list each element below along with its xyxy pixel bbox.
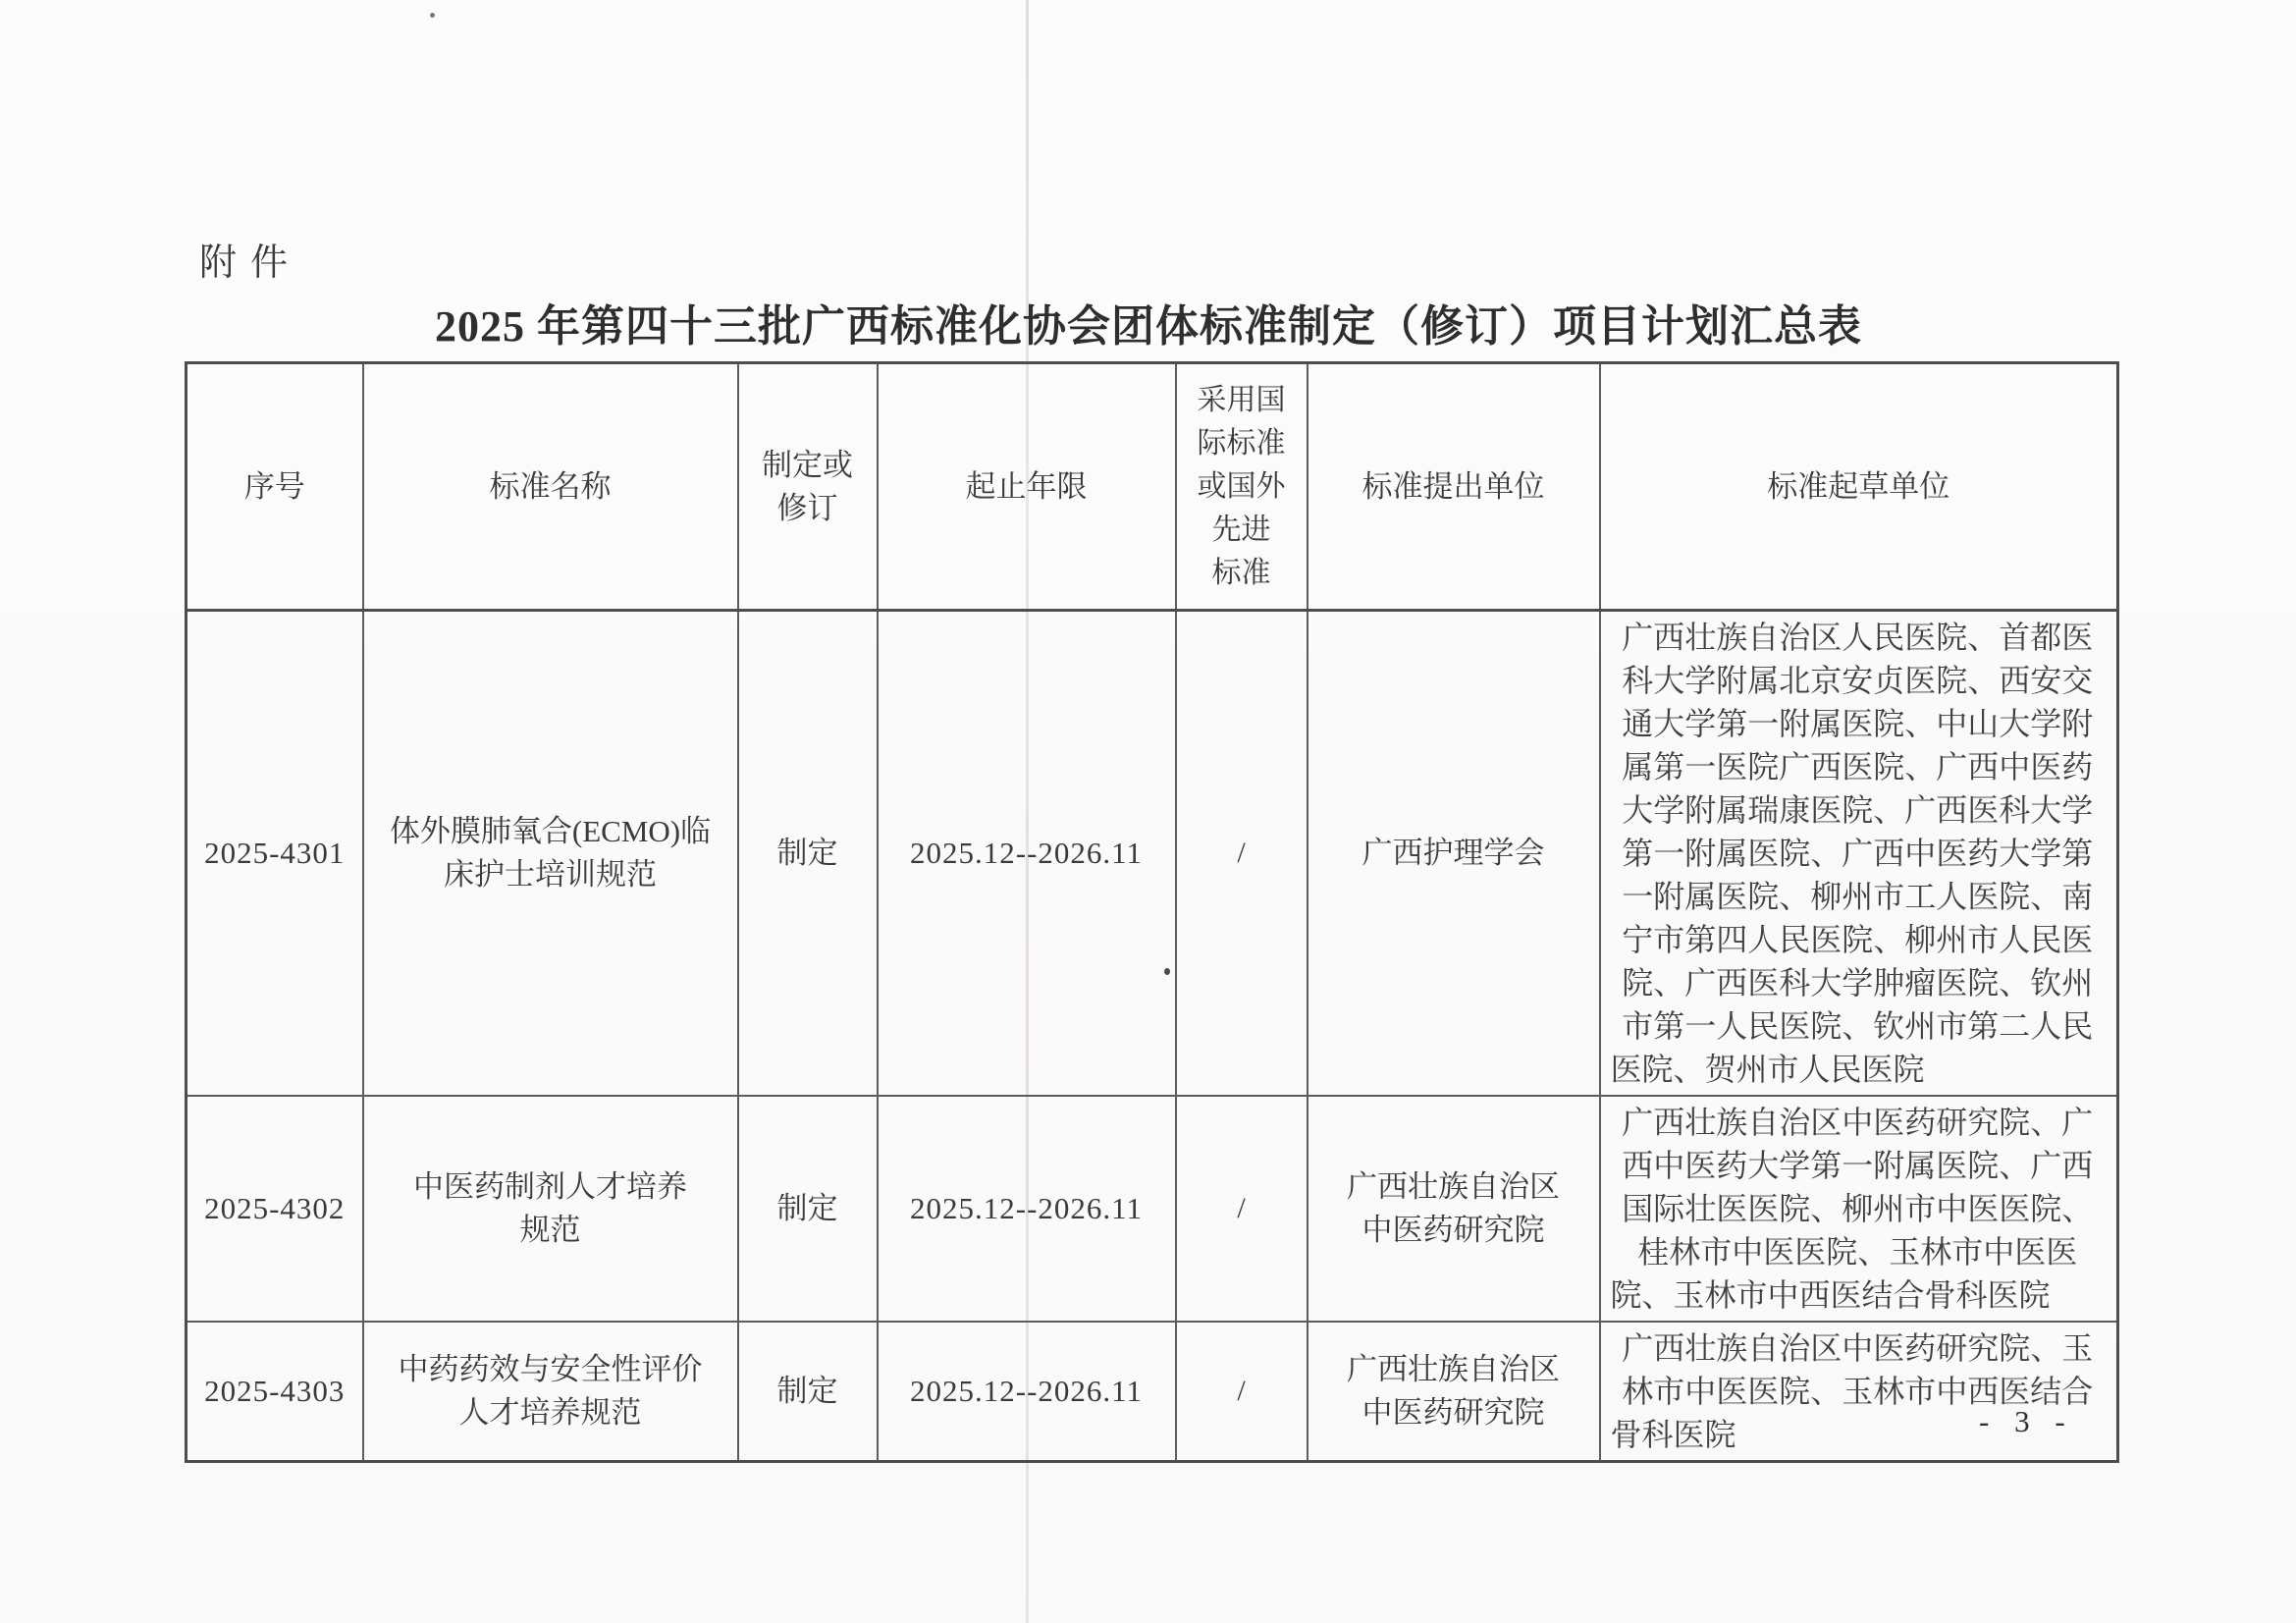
row-drafter: 广西壮族自治区中医药研究院、玉林市中医医院、玉林市中西医结合骨科医院 xyxy=(1600,1322,2118,1462)
row-type: 制定 xyxy=(738,1096,878,1322)
table-row: 2025-4302 中医药制剂人才培养 规范 制定 2025.12--2026.… xyxy=(187,1096,2118,1322)
header-adoption: 采用国 际标准 或国外 先进 标准 xyxy=(1176,363,1308,611)
header-period: 起止年限 xyxy=(878,363,1176,611)
row-adoption: / xyxy=(1176,611,1308,1097)
row-index: 2025-4301 xyxy=(187,611,363,1097)
standards-plan-table: 序号 标准名称 制定或 修订 起止年限 采用国 际标准 或国外 先进 标准 标准… xyxy=(185,361,2119,1463)
table-row: 2025-4303 中药药效与安全性评价 人才培养规范 制定 2025.12--… xyxy=(187,1322,2118,1462)
row-proposer: 广西壮族自治区 中医药研究院 xyxy=(1308,1096,1600,1322)
table-header-row: 序号 标准名称 制定或 修订 起止年限 采用国 际标准 或国外 先进 标准 标准… xyxy=(187,363,2118,611)
row-period: 2025.12--2026.11 xyxy=(878,1322,1176,1462)
header-type: 制定或 修订 xyxy=(738,363,878,611)
row-standard-name: 体外膜肺氧合(ECMO)临 床护士培训规范 xyxy=(363,611,738,1097)
row-adoption: / xyxy=(1176,1096,1308,1322)
row-period: 2025.12--2026.11 xyxy=(878,611,1176,1097)
row-standard-name: 中医药制剂人才培养 规范 xyxy=(363,1096,738,1322)
row-standard-name: 中药药效与安全性评价 人才培养规范 xyxy=(363,1322,738,1462)
scanned-document-page: 附件 2025 年第四十三批广西标准化协会团体标准制定（修订）项目计划汇总表 序… xyxy=(0,0,2296,1623)
header-standard-name: 标准名称 xyxy=(363,363,738,611)
page-number: - 3 - xyxy=(1979,1404,2074,1439)
row-type: 制定 xyxy=(738,611,878,1097)
row-index: 2025-4303 xyxy=(187,1322,363,1462)
row-adoption: / xyxy=(1176,1322,1308,1462)
row-proposer: 广西壮族自治区 中医药研究院 xyxy=(1308,1322,1600,1462)
row-drafter: 广西壮族自治区中医药研究院、广西中医药大学第一附属医院、广西国际壮医医院、柳州市… xyxy=(1600,1096,2118,1322)
attachment-label: 附件 xyxy=(199,232,301,286)
row-index: 2025-4302 xyxy=(187,1096,363,1322)
scan-speck xyxy=(430,13,435,18)
row-proposer: 广西护理学会 xyxy=(1308,611,1600,1097)
document-title: 2025 年第四十三批广西标准化协会团体标准制定（修订）项目计划汇总表 xyxy=(157,291,2140,353)
table-row: 2025-4301 体外膜肺氧合(ECMO)临 床护士培训规范 制定 2025.… xyxy=(187,611,2118,1097)
row-drafter: 广西壮族自治区人民医院、首都医科大学附属北京安贞医院、西安交通大学第一附属医院、… xyxy=(1600,611,2118,1097)
row-period: 2025.12--2026.11 xyxy=(878,1096,1176,1322)
row-type: 制定 xyxy=(738,1322,878,1462)
header-drafter: 标准起草单位 xyxy=(1600,363,2118,611)
header-index: 序号 xyxy=(187,363,363,611)
header-proposer: 标准提出单位 xyxy=(1308,363,1600,611)
